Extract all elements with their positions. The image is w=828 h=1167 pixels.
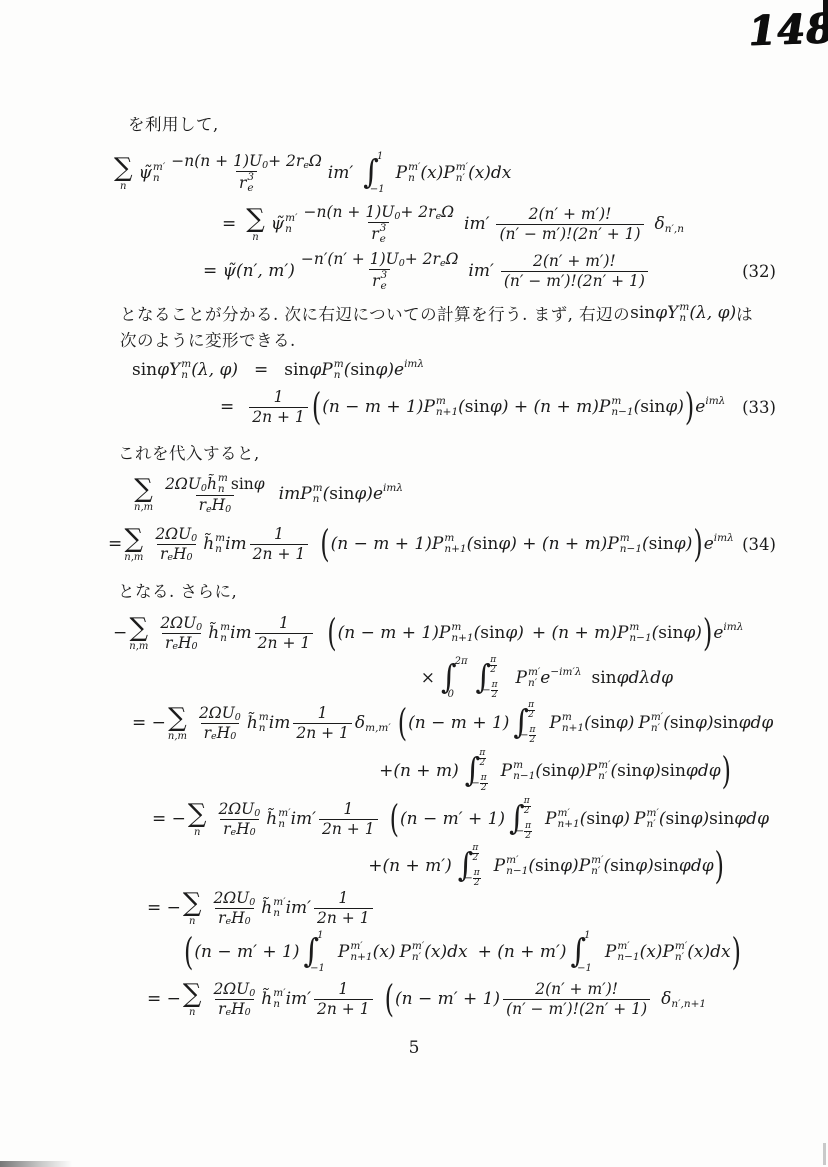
math-text: ( [535,761,542,781]
math-text: = ψ̃(n′, m′) [203,261,295,281]
math-text: ( [663,713,670,733]
sub-sup-base: h̃mn [247,712,269,734]
subscript: 0 [201,483,207,494]
sub-sup-base: Pm′n [396,162,421,184]
fraction: 2ΩU0reH0 [196,704,244,742]
subscript: e [440,258,446,269]
math-text: H [212,496,226,515]
math-text: r [218,909,225,928]
math-text: im [279,484,301,504]
subscript: 0 [249,988,255,999]
math-text: φ) [635,856,654,876]
math-text: φdφ [734,809,769,829]
math-text: φ [157,360,169,380]
fraction: −n(n + 1)U0 + 2reΩr3e [168,152,325,194]
math-text: 2ΩU [199,704,235,723]
math-text: 1 [343,800,353,819]
superscript: imλ [404,358,424,370]
integral: ∫1−1 [304,933,332,971]
fraction: 12n + 1 [293,704,352,742]
math-text: im′ [286,989,311,1009]
eq34-line-2: = ∑n,m2ΩU0reH0h̃mnim12n + 1((n − m + 1)P… [104,520,780,568]
math-text: φ [655,303,667,323]
math-text: (x)dx [468,163,511,183]
roman-text: sin [592,668,617,688]
subscript: e [230,827,236,838]
math-text: 1 [318,704,328,723]
sub-sup-base: Ymn [169,359,191,381]
roman-text: sin [480,623,505,643]
math-text: + 2r [405,250,440,269]
math-text: H [231,909,245,928]
small-fraction: π2 [471,844,479,863]
math-text: e [695,397,705,417]
math-text: φ) [612,809,631,829]
math-text: δ [655,214,665,234]
fraction: 2(n′ + m′)!(n′ − m′)!(2n′ + 1) [496,205,643,243]
derivation-line-2: ×∫2π0∫π2−π2Pm′n′e−im′λsin φdλdφ [104,658,780,698]
big-parenthesis: ) [703,614,712,651]
integral: ∫1−1 [363,154,391,192]
math-text: = − [132,713,166,733]
math-text: ( [642,534,649,554]
math-text: φdφ [686,761,721,781]
math-text: Ω [446,250,459,269]
math-text: −n′(n′ + 1)U [301,250,399,269]
subscript: 0 [245,1007,251,1018]
fraction: 2ΩU0reH0 [152,525,200,563]
fraction: 12n + 1 [249,388,308,426]
math-text: +(n + m) [379,761,459,781]
page-number: 5 [0,1038,828,1058]
derivation-line-8: ((n − m′ + 1)∫1−1Pm′n+1(x)Pm′n′(x)dx+ (n… [104,928,780,976]
math-text: im [230,623,252,643]
document-body: を利用して,∑nψ̃m′n−n(n + 1)U0 + 2reΩr3eim′∫1−… [104,104,780,1022]
sub-sup-base: h̃mn [207,473,228,495]
subscript: e [303,160,309,171]
superscript: imλ [714,532,734,544]
small-fraction: π2 [523,797,531,816]
math-text: ( [603,856,610,876]
math-text: − [464,873,472,884]
math-text: 2ΩU [218,800,254,819]
roman-text: sin [654,856,679,876]
math-text: 2ΩU [213,980,249,999]
sub-sup-base: Pm′n′ [443,162,468,184]
superscript: imλ [383,482,403,494]
eq32-line-3: = ψ̃(n′, m′)−n′(n′ + 1)U0 + 2reΩr3eim′2(… [104,248,780,294]
math-text: im [225,534,247,554]
roman-text: sin [610,856,635,876]
superscript: imλ [723,621,743,633]
superscript: imλ [705,395,725,407]
math-text: Ω [309,152,322,171]
japanese-text: を利用して, [128,111,219,135]
sub-sup-base: Pmn+1 [423,396,458,418]
math-text: 2π [455,656,468,667]
integral: ∫2π0 [441,659,468,697]
math-text: φ) + (n + m) [490,397,599,417]
integral: ∫1−1 [570,933,598,971]
eq33-line-2: =12n + 1((n − m + 1)Pmn+1(sin φ) + (n + … [104,386,780,428]
integral: ∫π2−π2 [458,847,488,885]
integral: ∫π2−π2 [513,704,543,742]
subscript: 0 [249,897,255,908]
sub-sup-base: r3e [372,270,387,292]
math-text: r [199,496,206,515]
math-text: ( [652,623,659,643]
summation: ∑n [188,801,207,838]
math-text: ( [458,397,465,417]
sub-sup-base: Pm′n′ [579,855,604,877]
subscript: 0 [254,808,260,819]
paragraph-line-1: となることが分かる. 次に右辺についての計算を行う. まず, 右辺の sin φ… [104,300,780,326]
roman-text: sin [465,397,490,417]
math-text: ( [467,534,474,554]
roman-text: sin [714,713,739,733]
paragraph-line-2: 次のように変形できる. [104,326,780,352]
math-text: φdφ [739,713,774,733]
math-text: r [223,820,230,839]
math-text: = − [147,898,181,918]
math-text: 2ΩU [160,614,196,633]
fraction: 2(n′ + m′)!(n′ − m′)!(2n′ + 1) [501,252,648,290]
subscript: e [167,552,173,563]
intro-line: を利用して, [104,112,780,134]
scan-smudge-bottom-left [0,1161,72,1167]
substitute-line: これを代入すると, [104,440,780,464]
small-fraction: π2 [489,656,497,675]
subscript: e [172,641,178,652]
summation: ∑n [114,155,133,192]
subscript: 0 [230,731,236,742]
big-parenthesis: ( [390,800,399,837]
derivation-line-1: − ∑n,m2ΩU0reH0h̃mnim12n + 1((n − m + 1)P… [104,608,780,658]
fraction: 12n + 1 [314,889,373,927]
japanese-text: は [736,301,753,325]
fraction: −n′(n′ + 1)U0 + 2reΩr3e [298,250,462,292]
roman-text: sin [649,534,674,554]
roman-text: sin [665,809,690,829]
math-text: (n′ − m′)!(2n′ + 1) [499,225,640,244]
sub-sup-base: Pmn [300,483,322,505]
roman-text: sin [231,475,254,494]
math-text: = [222,214,236,234]
eq33-line-1: sin φYmn(λ, φ)=sin φPmn(sin φ)eimλ [104,354,780,386]
integral: ∫π2−π2 [509,800,539,838]
math-text: 2(n′ + m′)! [529,205,612,224]
big-parenthesis: ) [685,388,694,425]
math-text: φ) [567,761,586,781]
math-text: − [520,730,528,741]
sub-sup-base: Pm′n′ [638,712,663,734]
math-text: 2n + 1 [322,820,375,839]
roman-text: sin [630,303,655,323]
math-text: ( [323,484,330,504]
big-parenthesis: ( [327,614,336,651]
roman-text: sin [709,809,734,829]
subscript: 0 [245,916,251,927]
math-text: + (n + m) [532,623,617,643]
math-text: (x) [373,942,396,962]
summation: ∑n [246,206,265,243]
math-text: (n − m′ + 1) [194,942,299,962]
math-text: 1 [274,525,284,544]
subscript: 0 [399,258,405,269]
sub-sup-base: r3e [371,223,386,245]
fraction: 12n + 1 [255,614,314,652]
big-parenthesis: ( [385,980,394,1017]
roman-text: sin [640,397,665,417]
sub-sup-base: r3e [239,172,254,194]
math-text: 1 [338,980,348,999]
sub-sup-base: Pmn+1 [549,712,584,734]
math-text: (n − m′ + 1) [395,989,500,1009]
summation: ∑n [183,890,202,927]
math-text: φ) [683,623,702,643]
math-text: φdλdφ [617,668,673,688]
subscript: 0 [235,712,241,723]
math-text: ( [610,761,617,781]
math-text: H [217,724,231,743]
math-text: (λ, φ) [689,303,736,323]
math-text: = − [147,989,181,1009]
math-text: − [516,826,524,837]
math-text: 2n + 1 [253,545,306,564]
math-text: ( [659,809,666,829]
math-text: (n − m + 1) [338,623,439,643]
math-text: = − [152,809,186,829]
math-text: im′ [464,214,489,234]
sub-sup-base: Pm′n′ [586,760,611,782]
big-parenthesis: ( [398,704,407,741]
superscript: −im′λ [550,666,581,678]
math-text: (n − m + 1) [408,713,509,733]
sub-sup-base: Pmn−1 [617,622,652,644]
scan-line-bottom-right [823,1143,826,1165]
small-fraction: π2 [524,822,532,841]
sub-sup-base: Pmn−1 [599,396,634,418]
math-text: 2(n′ + m′)! [535,980,618,999]
math-text: ( [344,360,351,380]
math-text: φ) [674,534,693,554]
math-text: φ)e [375,360,404,380]
subscript: n′,n [665,223,684,235]
big-parenthesis: ( [312,388,321,425]
math-text: e [704,534,714,554]
small-fraction: π2 [480,774,488,793]
subscript: e [225,1007,231,1018]
sub-sup-base: Pm′n+1 [338,941,373,963]
math-text: im′ [328,163,353,183]
subscript: e [225,916,231,927]
big-parenthesis: ) [722,752,731,789]
sub-sup-base: h̃m′n [261,988,285,1010]
japanese-text: 次のように変形できる. [120,327,296,351]
sub-sup-base: Pm′n′ [634,808,659,830]
math-text: im′ [291,809,316,829]
fraction: 12n + 1 [319,800,378,838]
math-text: = [254,360,268,380]
fraction: 2ΩU0reH0 [215,800,263,838]
subscript: 0 [187,552,193,563]
math-text: ( [474,623,481,643]
handwritten-page-number: 148 [747,5,828,55]
derivation-line-4: +(n + m)∫π2−π2Pmn−1(sin φ)Pm′n′(sin φ) s… [104,748,780,794]
fraction: 2ΩU0reH0 [157,614,205,652]
math-text: δ [661,989,671,1009]
math-text: δ [355,713,365,733]
math-text: (n − m + 1) [331,534,432,554]
scanned-paper-page: 148 を利用して,∑nψ̃m′n−n(n + 1)U0 + 2reΩr3eim… [0,0,828,1167]
sub-sup-base: Pm′n′ [516,667,541,689]
math-text: 1 [279,614,289,633]
subscript: 0 [192,641,198,652]
math-text: + 2r [268,152,303,171]
math-text: φ [309,360,321,380]
japanese-text: となる. さらに, [118,578,237,602]
math-text: φ) [695,713,714,733]
math-text: (x)dx [687,942,730,962]
roman-text: sin [670,713,695,733]
sub-sup-base: Pmn+1 [439,622,474,644]
summation: ∑n,m [134,476,153,513]
sub-sup-base: Pmn−1 [607,533,642,555]
sub-sup-base: h̃mn [208,622,230,644]
math-text: = [108,534,122,554]
small-fraction: π2 [473,869,481,888]
math-text: −1 [370,184,385,195]
roman-text: sin [617,761,642,781]
japanese-text: これを代入すると, [118,440,260,464]
math-text: 2n + 1 [317,1000,370,1019]
sub-sup-base: Pm′n+1 [545,808,580,830]
subscript: 0 [196,622,202,633]
math-text: − [113,623,127,643]
math-text: 2ΩU [165,475,201,494]
math-text: −n(n + 1)U [304,203,395,222]
subscript: 0 [250,827,256,838]
math-text: −1 [577,963,592,974]
roman-text: sin [350,360,375,380]
subscript: 0 [225,504,231,515]
sub-sup-base: Pm′n′ [662,941,687,963]
sub-sup-base: Pm′n−1 [605,941,640,963]
equation-number: (33) [742,398,776,417]
sub-sup-base: h̃m′n [261,897,285,919]
math-text: (x) [420,163,443,183]
roman-text: sin [586,809,611,829]
math-text: φ)e [354,484,383,504]
math-text: − [482,685,490,696]
small-fraction: π2 [528,726,536,745]
math-text: φ) [505,623,524,643]
subscript: e [211,731,217,742]
math-text: φdφ [679,856,714,876]
math-text: e [713,623,723,643]
fraction: 12n + 1 [314,980,373,1018]
math-text: 2n + 1 [296,724,349,743]
math-text: 1 [377,151,383,162]
equation-number: (34) [742,535,776,554]
summation: ∑n [183,981,202,1018]
math-text: im′ [468,261,493,281]
math-text: (n′ − m′)!(2n′ + 1) [504,272,645,291]
fraction: 2ΩU0h̃mnsin φreH0 [162,473,268,515]
math-text: 2n + 1 [252,408,305,427]
derivation-line-3: = − ∑n,m2ΩU0reH0h̃mnim12n + 1δm,m′((n − … [104,698,780,748]
small-fraction: π2 [478,749,486,768]
eq32-line-1: ∑nψ̃m′n−n(n + 1)U0 + 2reΩr3eim′∫1−1Pm′n(… [104,146,780,200]
sub-sup-base: Pm′n−1 [494,855,529,877]
math-text: 2(n′ + m′)! [533,252,616,271]
math-text: im′ [286,898,311,918]
derivation-line-9: = − ∑n2ΩU0reH0h̃m′nim′12n + 1((n − m′ + … [104,976,780,1022]
math-text: + (n + m′) [478,942,567,962]
math-text: (n′ − m′)!(2n′ + 1) [506,1000,647,1019]
math-text: (x)dx [424,942,467,962]
further-line: となる. さらに, [104,578,780,602]
math-text: φ [254,475,265,494]
math-text: φ) [691,809,710,829]
eq32-line-2: =∑nψ̃m′n−n(n + 1)U0 + 2reΩr3eim′2(n′ + m… [104,200,780,248]
math-text: im [269,713,291,733]
eq34-line-1: ∑n,m2ΩU0h̃mnsin φreH0imPmn(sin φ)eimλ [104,468,780,520]
sub-sup-base: ψ̃m′n [271,213,298,235]
math-text: −1 [310,963,325,974]
big-parenthesis: ) [715,847,724,884]
summation: ∑n,m [124,526,143,563]
math-text: φ) [642,761,661,781]
math-text: × [421,668,435,688]
math-text: H [173,545,187,564]
math-text: 2n + 1 [258,634,311,653]
integral: ∫π2−π2 [476,659,506,697]
math-text: −n(n + 1)U [171,152,262,171]
sub-sup-base: Pmn+1 [432,533,467,555]
math-text: ( [528,856,535,876]
roman-text: sin [542,761,567,781]
sub-sup-base: Pmn [321,359,343,381]
math-text: ( [584,713,591,733]
math-text: H [231,1000,245,1019]
sub-sup-base: Pmn−1 [501,760,536,782]
subscript: e [206,504,212,515]
math-text: r [204,724,211,743]
sub-sup-base: h̃m′n [266,808,290,830]
math-text: 2ΩU [155,525,191,544]
math-text: φ) [560,856,579,876]
summation: ∑n,m [168,705,187,742]
math-text: 1 [274,388,284,407]
math-text: r [160,545,167,564]
fraction: 2ΩU0reH0 [210,980,258,1018]
big-parenthesis: ) [693,525,702,562]
fraction: 12n + 1 [250,525,309,563]
summation: ∑n,m [129,615,148,652]
roman-text: sin [658,623,683,643]
math-text: φ) [665,397,684,417]
sub-sup-base: Pm′n′ [399,941,424,963]
math-text: − [471,778,479,789]
roman-text: sin [329,484,354,504]
big-parenthesis: ) [732,933,741,970]
math-text: Ω [441,203,454,222]
subscript: 0 [191,533,197,544]
math-text: φ) [616,713,635,733]
math-text: (x) [640,942,663,962]
math-text: r [218,1000,225,1019]
